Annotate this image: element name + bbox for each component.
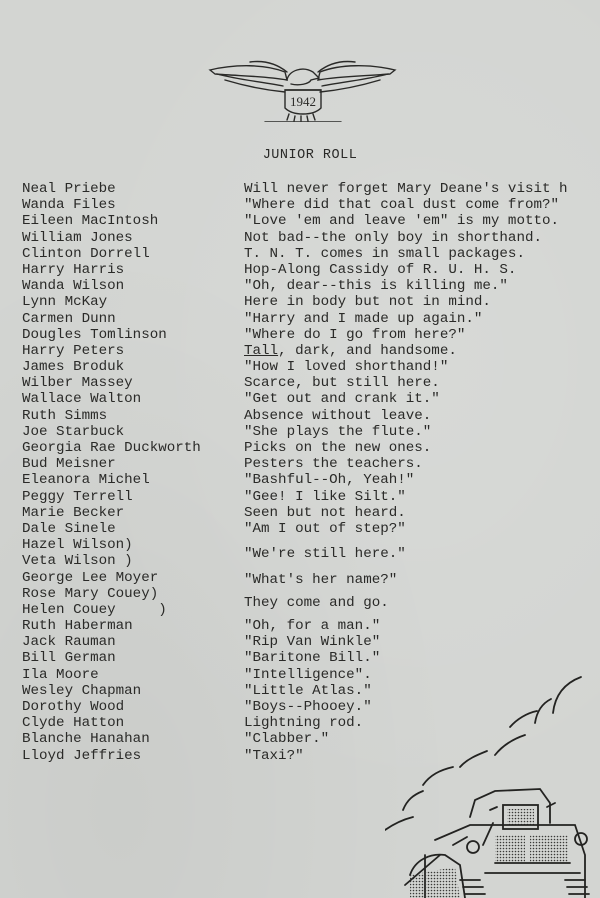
roll-entry: Ruth Haberman"Oh, for a man." bbox=[22, 618, 600, 634]
remark-text: Not bad--the only boy in shorthand. bbox=[244, 230, 542, 246]
remark-text: "Am I out of step?" bbox=[244, 521, 406, 537]
roll-group: Hazel Wilson)Veta Wilson )"We're still h… bbox=[22, 537, 600, 569]
student-remark: Scarce, but still here. bbox=[244, 375, 440, 391]
remark-text: Seen but not heard. bbox=[244, 505, 406, 521]
remark-text: "Oh, dear--this is killing me." bbox=[244, 278, 508, 294]
roll-entry: Eileen MacIntosh"Love 'em and leave 'em"… bbox=[22, 213, 600, 229]
remark-text: "Where did that coal dust come from?" bbox=[244, 197, 559, 213]
student-remark: "Get out and crank it." bbox=[244, 391, 440, 407]
student-remark: "Gee! I like Silt." bbox=[244, 489, 406, 505]
student-remark: "Where do I go from here?" bbox=[244, 327, 465, 343]
student-remark: "Bashful--Oh, Yeah!" bbox=[244, 472, 414, 488]
student-name: Neal Priebe bbox=[22, 181, 116, 197]
student-name: Dale Sinele bbox=[22, 521, 116, 537]
roll-entry: Dale Sinele"Am I out of step?" bbox=[22, 521, 600, 537]
student-remark: Pesters the teachers. bbox=[244, 456, 423, 472]
remark-text: "Where do I go from here?" bbox=[244, 327, 465, 343]
roll-entry: Wallace Walton"Get out and crank it." bbox=[22, 391, 600, 407]
remark-text: "Bashful--Oh, Yeah!" bbox=[244, 472, 414, 488]
roll-entry: Jack Rauman"Rip Van Winkle" bbox=[22, 634, 600, 650]
roll-entry: Clinton DorrellT. N. T. comes in small p… bbox=[22, 246, 600, 262]
roll-entry: Wanda Files"Where did that coal dust com… bbox=[22, 197, 600, 213]
student-remark: Seen but not heard. bbox=[244, 505, 406, 521]
remark-text: Here in body but not in mind. bbox=[244, 294, 491, 310]
roll-entry: Carmen Dunn"Harry and I made up again." bbox=[22, 311, 600, 327]
student-remark: "Oh, for a man." bbox=[244, 618, 380, 634]
student-remark: Absence without leave. bbox=[244, 408, 431, 424]
roll-entry: Ruth SimmsAbsence without leave. bbox=[22, 408, 600, 424]
student-remark: "Rip Van Winkle" bbox=[244, 634, 380, 650]
remark-text: Absence without leave. bbox=[244, 408, 431, 424]
group-remark: "We're still here." bbox=[244, 546, 406, 562]
roll-entry: Bud MeisnerPesters the teachers. bbox=[22, 456, 600, 472]
roll-group: Rose Mary Couey)Helen Couey )They come a… bbox=[22, 586, 600, 618]
remark-text: , dark, and handsome. bbox=[278, 343, 457, 359]
roll-entry: James Broduk"How I loved shorthand!" bbox=[22, 359, 600, 375]
group-remark: They come and go. bbox=[244, 595, 389, 611]
student-remark: "Oh, dear--this is killing me." bbox=[244, 278, 508, 294]
remark-text: Hop-Along Cassidy of R. U. H. S. bbox=[244, 262, 516, 278]
student-remark: "Where did that coal dust come from?" bbox=[244, 197, 559, 213]
student-name: Dougles Tomlinson bbox=[22, 327, 167, 343]
student-remark: "Love 'em and leave 'em" is my motto. bbox=[244, 213, 559, 229]
student-remark: "Little Atlas." bbox=[244, 683, 372, 699]
student-name: Ruth Haberman bbox=[22, 618, 133, 634]
roll-entry: Harry HarrisHop-Along Cassidy of R. U. H… bbox=[22, 262, 600, 278]
remark-text: "Harry and I made up again." bbox=[244, 311, 482, 327]
student-name: Ila Moore bbox=[22, 667, 99, 683]
student-name: Bill German bbox=[22, 650, 116, 666]
underlined-word: Tall bbox=[244, 343, 278, 359]
remark-text: Picks on the new ones. bbox=[244, 440, 431, 456]
student-name: Bud Meisner bbox=[22, 456, 116, 472]
roll-entry: Dougles Tomlinson"Where do I go from her… bbox=[22, 327, 600, 343]
student-remark: Hop-Along Cassidy of R. U. H. S. bbox=[244, 262, 516, 278]
remark-text: "Get out and crank it." bbox=[244, 391, 440, 407]
student-name: Eleanora Michel bbox=[22, 472, 150, 488]
student-name: Wallace Walton bbox=[22, 391, 141, 407]
roll-entry: Harry PetersTall, dark, and handsome. bbox=[22, 343, 600, 359]
student-name: Wanda Wilson bbox=[22, 278, 124, 294]
remark-text: "She plays the flute." bbox=[244, 424, 431, 440]
remark-text: "Gee! I like Silt." bbox=[244, 489, 406, 505]
student-name: Jack Rauman bbox=[22, 634, 116, 650]
roll-entry: Eleanora Michel"Bashful--Oh, Yeah!" bbox=[22, 472, 600, 488]
student-name: Eileen MacIntosh bbox=[22, 213, 158, 229]
student-name: Veta Wilson ) bbox=[22, 553, 133, 569]
roll-group: George Lee Moyer"What's her name?" bbox=[22, 570, 600, 586]
student-remark: T. N. T. comes in small packages. bbox=[244, 246, 525, 262]
student-remark: "Taxi?" bbox=[244, 748, 304, 764]
roll-entry: Wilber MasseyScarce, but still here. bbox=[22, 375, 600, 391]
student-name: Blanche Hanahan bbox=[22, 731, 150, 747]
student-name: Marie Becker bbox=[22, 505, 124, 521]
student-remark: "Harry and I made up again." bbox=[244, 311, 482, 327]
roll-entry: Lynn McKayHere in body but not in mind. bbox=[22, 294, 600, 310]
emblem-year: 1942 bbox=[290, 94, 316, 109]
student-name: George Lee Moyer bbox=[22, 570, 158, 586]
student-name: Wesley Chapman bbox=[22, 683, 141, 699]
student-name: William Jones bbox=[22, 230, 133, 246]
student-remark: "Intelligence". bbox=[244, 667, 372, 683]
roll-entry: Georgia Rae DuckworthPicks on the new on… bbox=[22, 440, 600, 456]
roll-entry: Marie BeckerSeen but not heard. bbox=[22, 505, 600, 521]
roll-entry: Joe Starbuck"She plays the flute." bbox=[22, 424, 600, 440]
student-name: James Broduk bbox=[22, 359, 124, 375]
student-name: Lynn McKay bbox=[22, 294, 107, 310]
eagle-emblem-icon: 1942 bbox=[205, 50, 400, 122]
student-name: Ruth Simms bbox=[22, 408, 107, 424]
student-name: Wilber Massey bbox=[22, 375, 133, 391]
student-remark: "She plays the flute." bbox=[244, 424, 431, 440]
student-name: Joe Starbuck bbox=[22, 424, 124, 440]
remark-text: T. N. T. comes in small packages. bbox=[244, 246, 525, 262]
student-name: Peggy Terrell bbox=[22, 489, 133, 505]
roll-entry: Peggy Terrell"Gee! I like Silt." bbox=[22, 489, 600, 505]
roll-entry: Neal PriebeWill never forget Mary Deane'… bbox=[22, 181, 600, 197]
remark-text: Scarce, but still here. bbox=[244, 375, 440, 391]
remark-text: Will never forget Mary Deane's visit h bbox=[244, 181, 568, 197]
student-remark: "How I loved shorthand!" bbox=[244, 359, 448, 375]
student-name: Dorothy Wood bbox=[22, 699, 124, 715]
student-remark: "Clabber." bbox=[244, 731, 329, 747]
student-name: Helen Couey ) bbox=[22, 602, 167, 618]
page-title: JUNIOR ROLL bbox=[0, 148, 600, 163]
remark-text: "Love 'em and leave 'em" is my motto. bbox=[244, 213, 559, 229]
remark-text: Pesters the teachers. bbox=[244, 456, 423, 472]
roll-entry: William JonesNot bad--the only boy in sh… bbox=[22, 230, 600, 246]
student-name: Hazel Wilson) bbox=[22, 537, 133, 553]
student-remark: Here in body but not in mind. bbox=[244, 294, 491, 310]
student-name: Georgia Rae Duckworth bbox=[22, 440, 201, 456]
student-name: Rose Mary Couey) bbox=[22, 586, 158, 602]
student-remark: "Boys--Phooey." bbox=[244, 699, 372, 715]
student-remark: "Am I out of step?" bbox=[244, 521, 406, 537]
student-remark: Not bad--the only boy in shorthand. bbox=[244, 230, 542, 246]
student-name: Harry Harris bbox=[22, 262, 124, 278]
student-name: Lloyd Jeffries bbox=[22, 748, 141, 764]
student-remark: Tall, dark, and handsome. bbox=[244, 343, 457, 359]
student-remark: Lightning rod. bbox=[244, 715, 363, 731]
student-name: Clinton Dorrell bbox=[22, 246, 150, 262]
roll-entry: Wanda Wilson"Oh, dear--this is killing m… bbox=[22, 278, 600, 294]
student-name: Clyde Hatton bbox=[22, 715, 124, 731]
student-name: Wanda Files bbox=[22, 197, 116, 213]
student-remark: Will never forget Mary Deane's visit h bbox=[244, 181, 568, 197]
remark-text: "How I loved shorthand!" bbox=[244, 359, 448, 375]
student-name: Carmen Dunn bbox=[22, 311, 116, 327]
student-name: Harry Peters bbox=[22, 343, 124, 359]
student-remark: "Baritone Bill." bbox=[244, 650, 380, 666]
student-remark: Picks on the new ones. bbox=[244, 440, 431, 456]
tank-with-smoke-icon bbox=[385, 655, 600, 898]
